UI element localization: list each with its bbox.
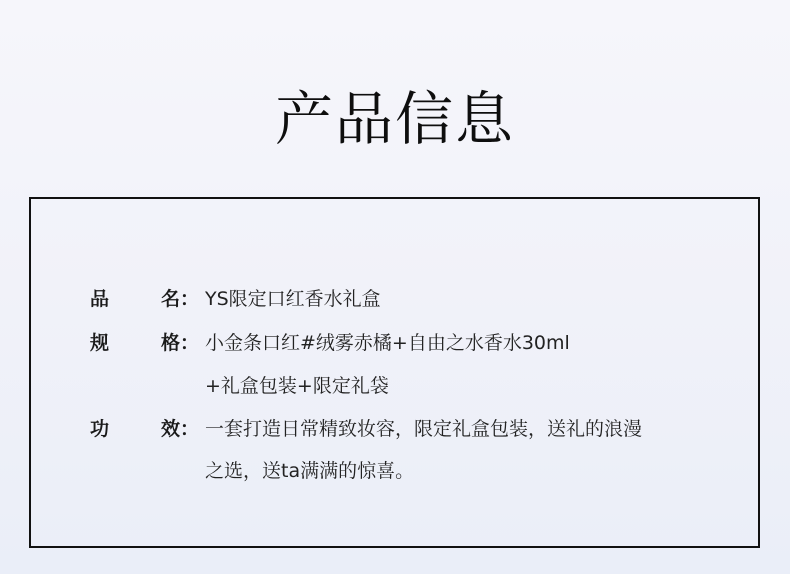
info-value-line: 之选，送ta满满的惊喜。: [205, 451, 414, 491]
label-last-char: 名：: [161, 279, 199, 319]
info-value-line: YS限定口红香水礼盒: [205, 279, 381, 319]
label-first-char: 规: [90, 323, 109, 363]
label-first-char: 品: [90, 279, 109, 319]
label-first-char: 功: [90, 409, 109, 449]
label-last-char: 格：: [161, 323, 199, 363]
page-title: 产品信息: [0, 84, 790, 154]
info-value-line: 小金条口红#绒雾赤橘+自由之水香水30ml: [205, 323, 570, 363]
info-value-line: +礼盒包装+限定礼袋: [205, 366, 389, 406]
info-value-line: 一套打造日常精致妆容，限定礼盒包装，送礼的浪漫: [205, 409, 642, 449]
label-last-char: 效：: [161, 409, 199, 449]
product-info-box: 品 名： YS限定口红香水礼盒 规 格： 小金条口红#绒雾赤橘+自由之水香水30…: [29, 197, 760, 548]
